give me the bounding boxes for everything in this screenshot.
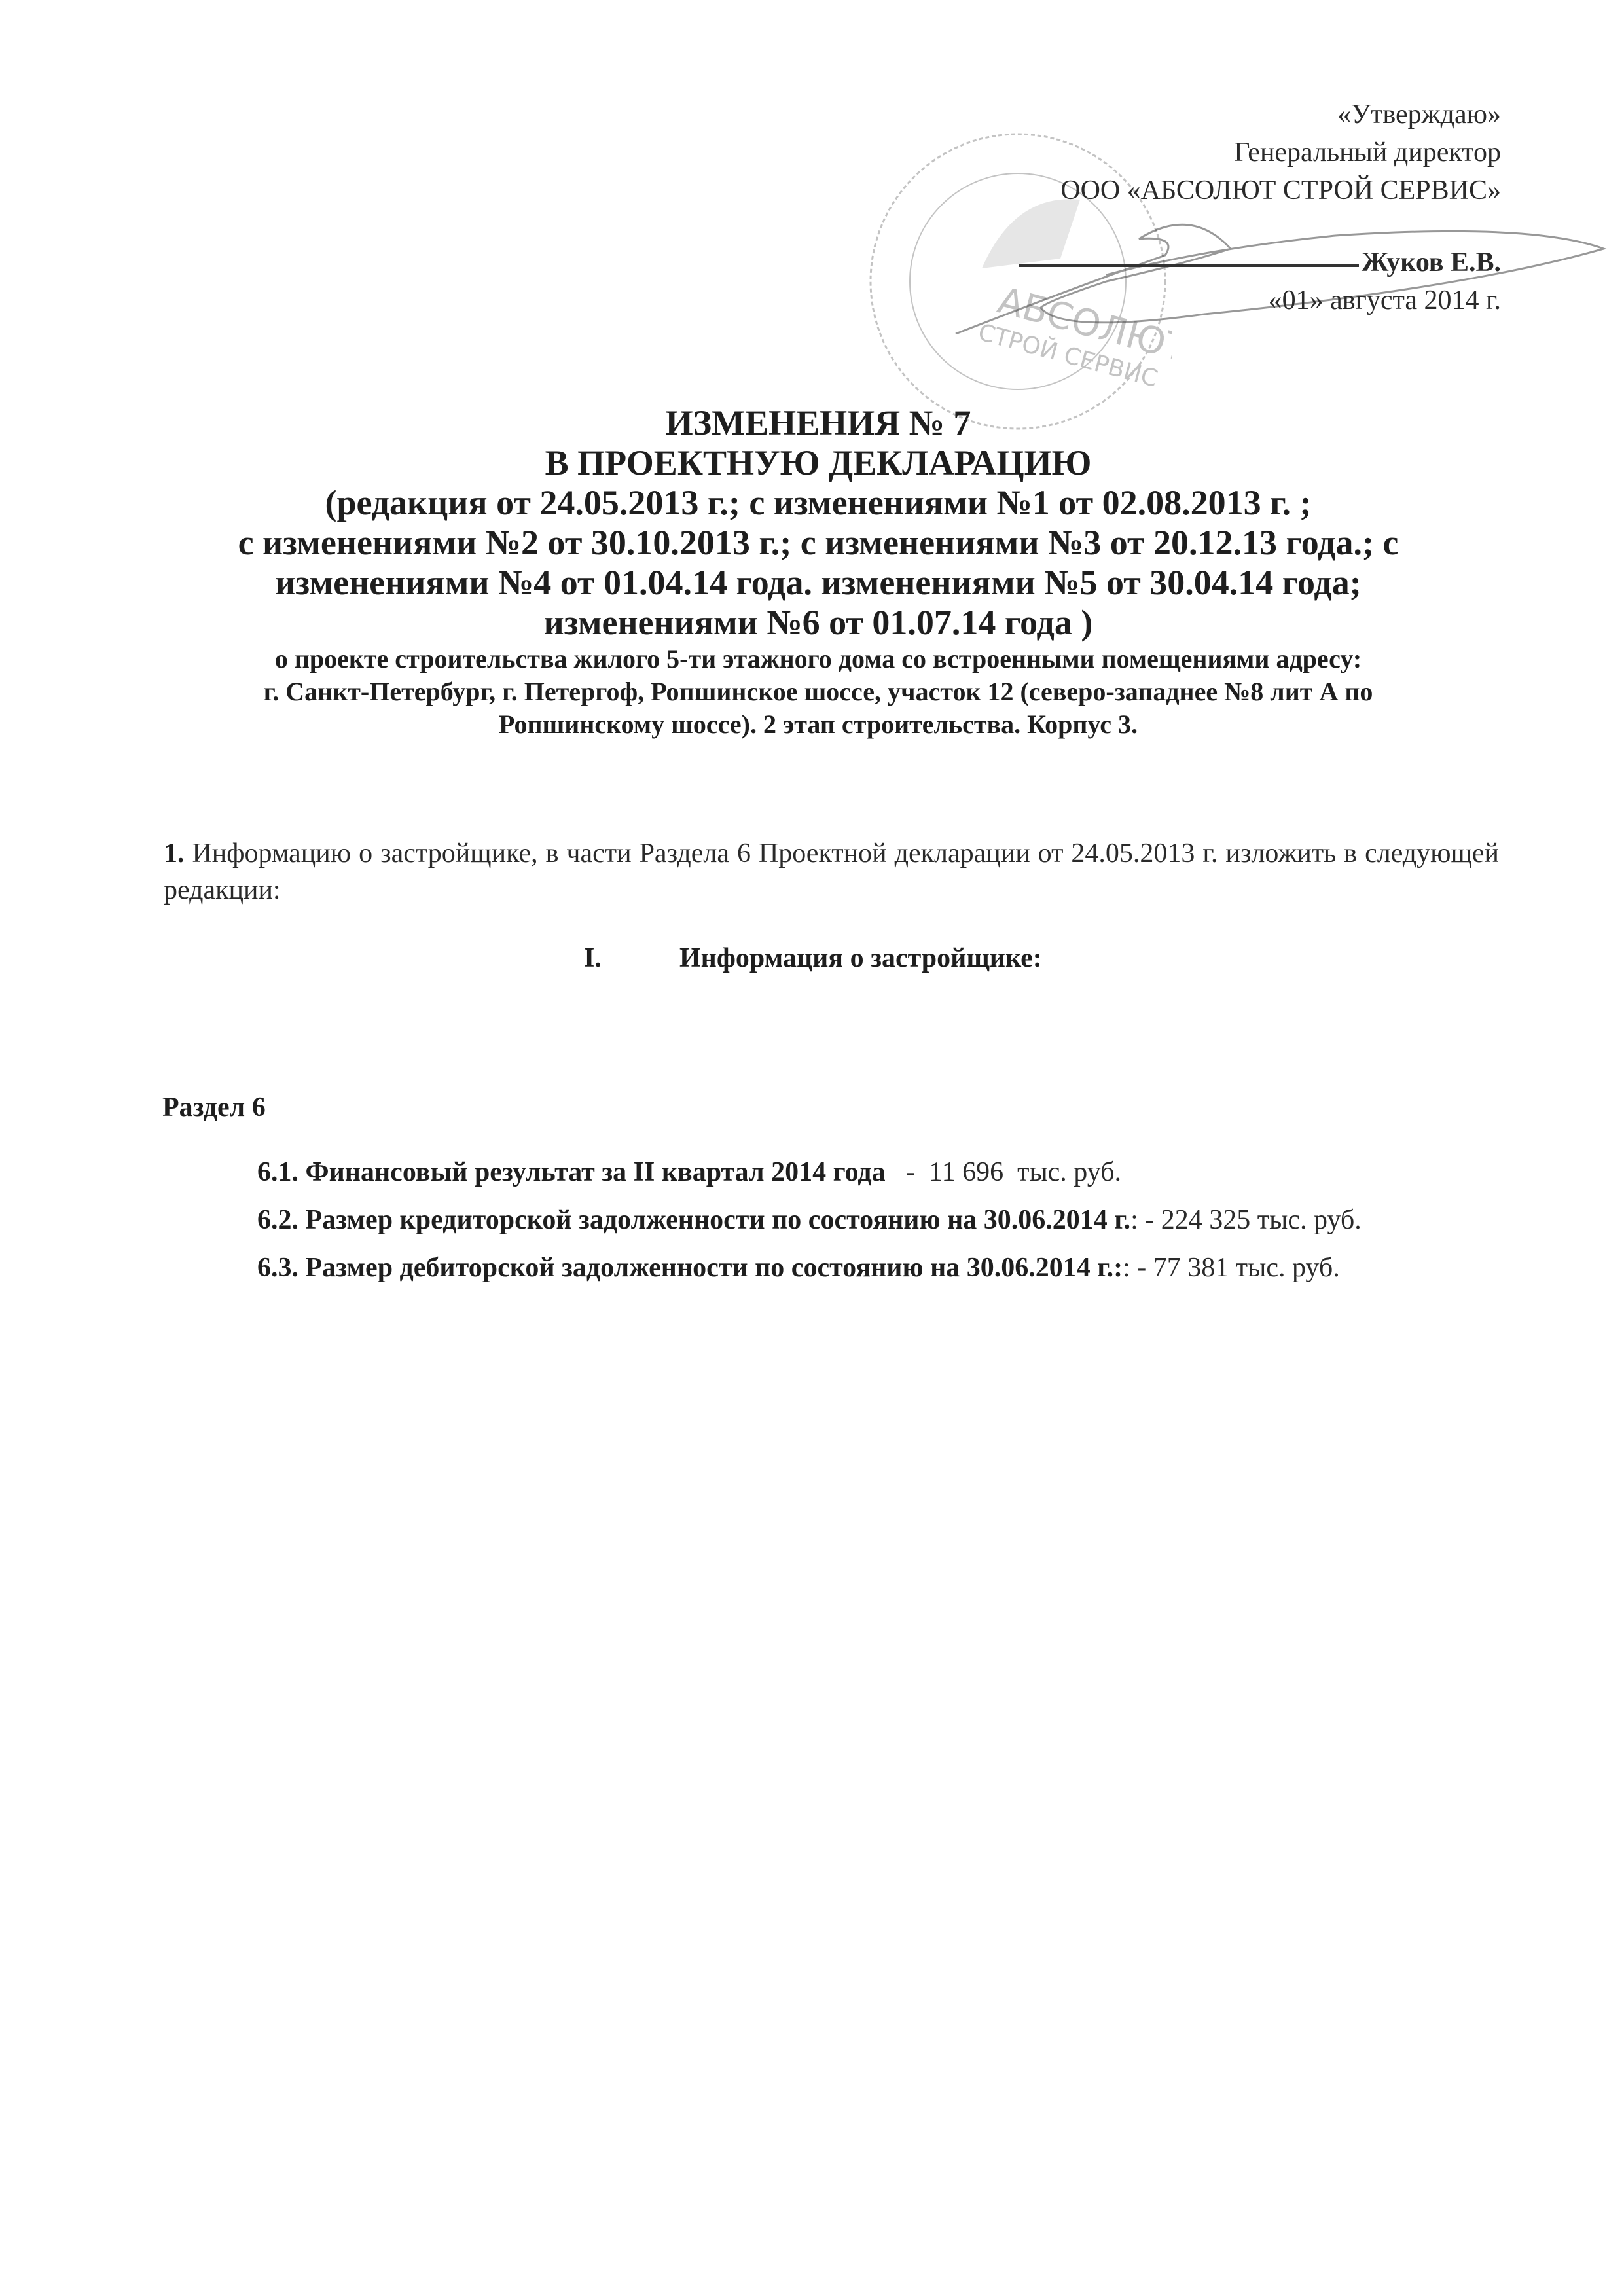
project-stage: Ропшинскому шоссе). 2 этап строительства…: [131, 708, 1506, 741]
title-line-4: с изменениями №2 от 30.10.2013 г.; с изм…: [131, 523, 1506, 563]
paragraph-1: 1. Информацию о застройщике, в части Раз…: [164, 835, 1499, 908]
approve-label: «Утверждаю»: [1019, 96, 1501, 134]
item-value: : - 77 381 тыс. руб.: [1123, 1253, 1340, 1283]
item-label: 6.1. Финансовый результат за II квартал …: [257, 1157, 886, 1187]
razdel-label: Раздел 6: [162, 1092, 266, 1123]
paragraph-number: 1.: [164, 838, 185, 869]
item-label: 6.2. Размер кредиторской задолженности п…: [257, 1205, 1130, 1235]
company-name: ООО «АБСОЛЮТ СТРОЙ СЕРВИС»: [1019, 171, 1501, 209]
project-description-1: о проекте строительства жилого 5-ти этаж…: [131, 643, 1506, 675]
signature-row: Жуков Е.В.: [1019, 243, 1501, 281]
list-item: 6.2. Размер кредиторской задолженности п…: [257, 1196, 1362, 1244]
section-title: Информация о застройщике:: [679, 943, 1042, 973]
item-value: : - 224 325 тыс. руб.: [1130, 1205, 1362, 1235]
item-label: 6.3. Размер дебиторской задолженности по…: [257, 1253, 1123, 1283]
item-value: - 11 696 тыс. руб.: [886, 1157, 1121, 1187]
signer-name: Жуков Е.В.: [1362, 247, 1501, 278]
signature-line: [1019, 264, 1359, 267]
title-line-5: изменениями №4 от 01.04.14 года. изменен…: [131, 563, 1506, 603]
section-heading: I.Информация о застройщике:: [584, 942, 1042, 974]
title-line-3: (редакция от 24.05.2013 г.; с изменениям…: [131, 483, 1506, 523]
list-item: 6.3. Размер дебиторской задолженности по…: [257, 1244, 1362, 1292]
section-number: I.: [584, 942, 679, 974]
director-position: Генеральный директор: [1019, 134, 1501, 171]
title-line-1: ИЗМЕНЕНИЯ № 7: [131, 403, 1506, 443]
financial-items: 6.1. Финансовый результат за II квартал …: [257, 1149, 1362, 1292]
title-line-2: В ПРОЕКТНУЮ ДЕКЛАРАЦИЮ: [131, 443, 1506, 483]
list-item: 6.1. Финансовый результат за II квартал …: [257, 1149, 1362, 1196]
approval-date: «01» августа 2014 г.: [1019, 281, 1501, 319]
document-title: ИЗМЕНЕНИЯ № 7 В ПРОЕКТНУЮ ДЕКЛАРАЦИЮ (ре…: [131, 403, 1506, 741]
title-line-6: изменениями №6 от 01.07.14 года ): [131, 603, 1506, 643]
approval-block: «Утверждаю» Генеральный директор ООО «АБ…: [1019, 96, 1501, 319]
paragraph-text: Информацию о застройщике, в части Раздел…: [164, 838, 1499, 905]
project-address: г. Санкт-Петербург, г. Петергоф, Ропшинс…: [131, 675, 1506, 708]
